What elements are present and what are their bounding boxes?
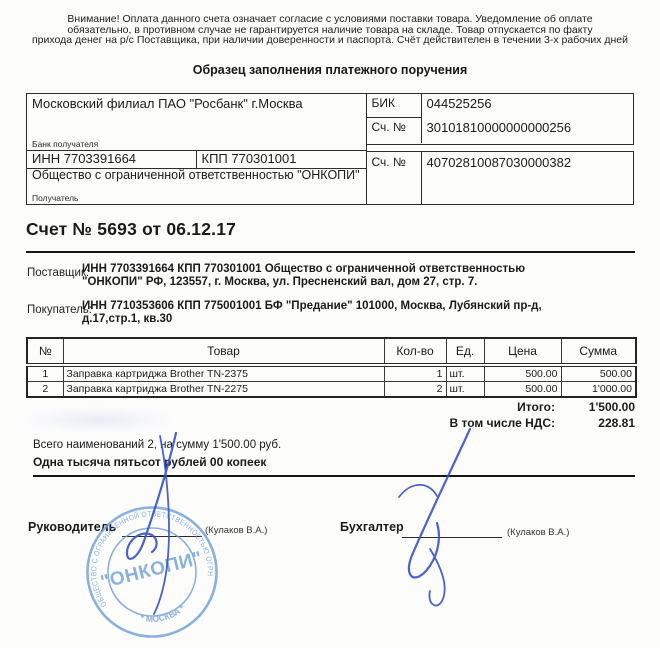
director-signature-tail xyxy=(154,436,169,614)
pen-signatures xyxy=(0,0,660,648)
accountant-signature-stroke xyxy=(409,429,470,577)
accountant-signature-cap xyxy=(399,485,437,497)
invoice-scan-page: Внимание! Оплата данного счета означает … xyxy=(0,0,660,648)
accountant-signature-curl xyxy=(429,549,444,606)
